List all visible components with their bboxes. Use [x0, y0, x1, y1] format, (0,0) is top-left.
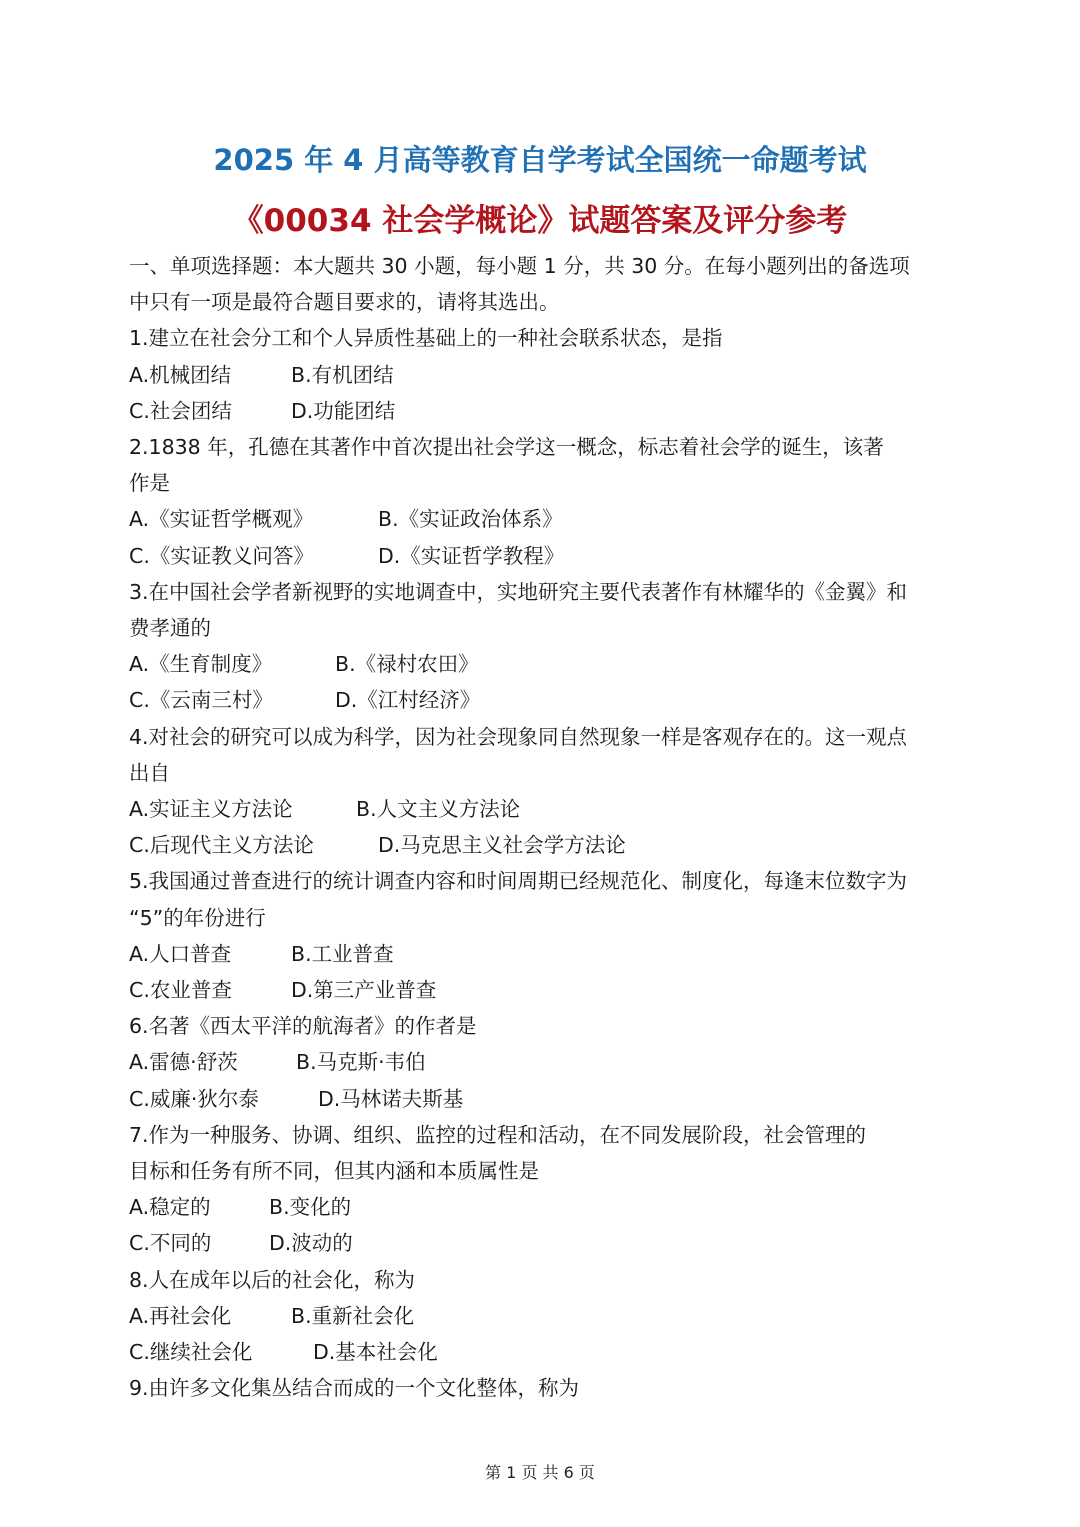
question-5: 5.我国通过普查进行的统计调查内容和时间周期已经规范化、制度化，每逢末位数字为 …: [129, 863, 959, 1008]
option-c: C.后现代主义方法论: [129, 827, 378, 863]
question-2: 2.1838 年，孔德在其著作中首次提出社会学这一概念，标志着社会学的诞生，该著…: [129, 429, 959, 574]
option-d: D.基本社会化: [313, 1334, 438, 1370]
option-a: A.稳定的: [129, 1189, 269, 1225]
option-row: C.不同的D.波动的: [129, 1225, 959, 1261]
question-8: 8.人在成年以后的社会化，称为 A.再社会化B.重新社会化 C.继续社会化D.基…: [129, 1262, 959, 1371]
option-a: A.《实证哲学概观》: [129, 501, 378, 537]
question-4: 4.对社会的研究可以成为科学，因为社会现象同自然现象一样是客观存在的。这一观点 …: [129, 719, 959, 864]
option-b: B.有机团结: [291, 357, 394, 393]
option-c: C.《实证教义问答》: [129, 538, 378, 574]
option-d: D.《江村经济》: [335, 682, 480, 718]
question-text-cont: 费孝通的: [129, 610, 959, 646]
option-d: D.功能团结: [291, 393, 395, 429]
option-row: C.农业普查D.第三产业普查: [129, 972, 959, 1008]
exam-content: 一、单项选择题：本大题共 30 小题，每小题 1 分，共 30 分。在每小题列出…: [129, 248, 959, 1407]
option-row: A.《实证哲学概观》B.《实证政治体系》: [129, 501, 959, 537]
option-row: A.人口普查B.工业普查: [129, 936, 959, 972]
option-d: D.马克思主义社会学方法论: [378, 827, 626, 863]
option-row: C.社会团结D.功能团结: [129, 393, 959, 429]
option-row: C.继续社会化D.基本社会化: [129, 1334, 959, 1370]
question-text-cont: 目标和任务有所不同，但其内涵和本质属性是: [129, 1153, 959, 1189]
option-d: D.马林诺夫斯基: [318, 1081, 463, 1117]
option-c: C.农业普查: [129, 972, 291, 1008]
option-b: B.马克斯·韦伯: [296, 1044, 426, 1080]
question-text: 1.建立在社会分工和个人异质性基础上的一种社会联系状态，是指: [129, 320, 959, 356]
option-d: D.《实证哲学教程》: [378, 538, 564, 574]
option-row: C.《云南三村》D.《江村经济》: [129, 682, 959, 718]
question-text: 3.在中国社会学者新视野的实地调查中，实地研究主要代表著作有林耀华的《金翼》和: [129, 574, 959, 610]
option-a: A.《生育制度》: [129, 646, 335, 682]
section-intro-line-2: 中只有一项是最符合题目要求的，请将其选出。: [129, 284, 959, 320]
question-1: 1.建立在社会分工和个人异质性基础上的一种社会联系状态，是指 A.机械团结B.有…: [129, 320, 959, 429]
option-a: A.再社会化: [129, 1298, 291, 1334]
question-7: 7.作为一种服务、协调、组织、监控的过程和活动，在不同发展阶段，社会管理的 目标…: [129, 1117, 959, 1262]
question-text: 9.由许多文化集丛结合而成的一个文化整体，称为: [129, 1370, 959, 1406]
document-subtitle: 《00034 社会学概论》试题答案及评分参考: [0, 195, 1080, 240]
question-text-cont: “5”的年份进行: [129, 900, 959, 936]
option-row: A.实证主义方法论B.人文主义方法论: [129, 791, 959, 827]
question-9: 9.由许多文化集丛结合而成的一个文化整体，称为: [129, 1370, 959, 1406]
option-c: C.威廉·狄尔泰: [129, 1081, 318, 1117]
option-row: A.《生育制度》B.《禄村农田》: [129, 646, 959, 682]
option-row: C.威廉·狄尔泰D.马林诺夫斯基: [129, 1081, 959, 1117]
option-d: D.第三产业普查: [291, 972, 436, 1008]
option-b: B.重新社会化: [291, 1298, 414, 1334]
question-6: 6.名著《西太平洋的航海者》的作者是 A.雷德·舒茨B.马克斯·韦伯 C.威廉·…: [129, 1008, 959, 1117]
question-text: 4.对社会的研究可以成为科学，因为社会现象同自然现象一样是客观存在的。这一观点: [129, 719, 959, 755]
option-c: C.《云南三村》: [129, 682, 335, 718]
question-text: 5.我国通过普查进行的统计调查内容和时间周期已经规范化、制度化，每逢末位数字为: [129, 863, 959, 899]
question-text: 2.1838 年，孔德在其著作中首次提出社会学这一概念，标志着社会学的诞生，该著: [129, 429, 959, 465]
option-b: B.《实证政治体系》: [378, 501, 563, 537]
option-c: C.不同的: [129, 1225, 269, 1261]
option-row: A.再社会化B.重新社会化: [129, 1298, 959, 1334]
question-text: 8.人在成年以后的社会化，称为: [129, 1262, 959, 1298]
option-row: A.稳定的B.变化的: [129, 1189, 959, 1225]
option-row: A.雷德·舒茨B.马克斯·韦伯: [129, 1044, 959, 1080]
question-text-cont: 作是: [129, 465, 959, 501]
question-3: 3.在中国社会学者新视野的实地调查中，实地研究主要代表著作有林耀华的《金翼》和 …: [129, 574, 959, 719]
option-row: A.机械团结B.有机团结: [129, 357, 959, 393]
option-a: A.人口普查: [129, 936, 291, 972]
option-a: A.实证主义方法论: [129, 791, 356, 827]
option-d: D.波动的: [269, 1225, 353, 1261]
option-c: C.继续社会化: [129, 1334, 313, 1370]
question-text: 7.作为一种服务、协调、组织、监控的过程和活动，在不同发展阶段，社会管理的: [129, 1117, 959, 1153]
section-intro-line-1: 一、单项选择题：本大题共 30 小题，每小题 1 分，共 30 分。在每小题列出…: [129, 248, 959, 284]
option-c: C.社会团结: [129, 393, 291, 429]
page-number: 第 1 页 共 6 页: [0, 1460, 1080, 1483]
option-row: C.后现代主义方法论D.马克思主义社会学方法论: [129, 827, 959, 863]
option-b: B.人文主义方法论: [356, 791, 520, 827]
option-b: B.《禄村农田》: [335, 646, 479, 682]
question-text-cont: 出自: [129, 755, 959, 791]
option-row: C.《实证教义问答》D.《实证哲学教程》: [129, 538, 959, 574]
option-a: A.机械团结: [129, 357, 291, 393]
option-b: B.工业普查: [291, 936, 394, 972]
question-text: 6.名著《西太平洋的航海者》的作者是: [129, 1008, 959, 1044]
option-b: B.变化的: [269, 1189, 351, 1225]
option-a: A.雷德·舒茨: [129, 1044, 296, 1080]
document-title: 2025 年 4 月高等教育自学考试全国统一命题考试: [0, 138, 1080, 179]
